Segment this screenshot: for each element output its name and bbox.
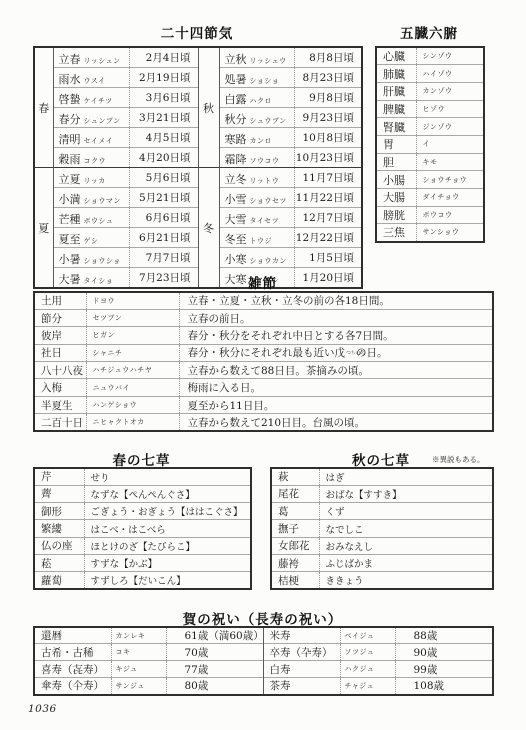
table-row: 尾花おばな【すすき】 <box>271 485 493 502</box>
term-reading: ショウセツ <box>250 197 287 205</box>
kana-cell: ボウコウ <box>416 206 484 224</box>
gterm-cell: 傘寿（仐寿） <box>34 678 111 695</box>
season-cell: 春 <box>34 47 53 168</box>
term-kanji: 立冬 <box>225 173 247 186</box>
gage-cell: 108歳 <box>395 678 493 695</box>
term-reading: セイメイ <box>84 137 114 145</box>
kana-cell: ショウチョウ <box>416 171 484 189</box>
term-reading: ショウマン <box>84 197 121 205</box>
table-row: 腎臓ジンゾウ <box>376 118 484 136</box>
date-cell: 5月6日頃 <box>129 168 198 188</box>
term-kanji: 霜降 <box>225 153 247 166</box>
term-reading: トウジ <box>250 237 273 245</box>
gage-cell: 88歳 <box>395 627 493 644</box>
zassetsu-table-frame: 土用ドヨウ立春・立夏・立秋・立冬の前の各18日間。節分セツブン立春の前日。彼岸ヒ… <box>33 291 492 432</box>
gterm-cell: 喜寿（㐂寿） <box>34 661 111 678</box>
term-reading: ショウショ <box>84 257 121 265</box>
term-cell: 寒路カンロ <box>219 128 294 148</box>
term-kanji: 秋分 <box>225 113 247 126</box>
date-cell: 6月6日頃 <box>129 208 198 228</box>
table-row: 彼岸ヒガン春分・秋分をそれぞれ中日とする各7日間。 <box>34 327 493 344</box>
term-reading: ウスイ <box>84 77 106 85</box>
aki-nanakusa-table: 萩はぎ尾花おばな【すすき】葛くず撫子なでしこ女郎花おみなえし藤袴ふじばかま桔梗き… <box>270 467 494 590</box>
hterm-cell: 御形 <box>34 503 84 520</box>
table-row: 大腸ダイチョウ <box>376 189 484 207</box>
zterm-cell: 二百十日 <box>34 414 86 431</box>
kana-cell: ダイチョウ <box>416 189 484 207</box>
term-kanji: 清明 <box>59 133 81 146</box>
sekki-table: 春立春リッシュン2月4日頃秋立秋リッシュウ8月8日頃雨水ウスイ2月19日頃処暑シ… <box>33 46 363 289</box>
hread-cell: おみなえし <box>319 537 493 554</box>
season-cell: 冬 <box>198 168 219 289</box>
table-row: 社日シャニチ春分・秋分にそれぞれ最も近い戊つちのえの日。 <box>34 344 493 361</box>
table-row: 夏立夏リッカ5月6日頃冬立冬リットウ11月7日頃 <box>34 168 362 188</box>
organ-cell: 脾臓 <box>376 100 416 118</box>
zkana-cell: シャニチ <box>86 344 179 361</box>
table-row: 薺なずな【ぺんぺんぐさ】 <box>34 485 251 502</box>
term-cell: 夏至ゲシ <box>53 228 129 248</box>
table-row: 萩はぎ <box>271 468 493 485</box>
organ-cell: 心臓 <box>376 47 416 65</box>
term-cell: 冬至トウジ <box>219 228 294 248</box>
term-reading: カンロ <box>250 137 273 145</box>
date-cell: 9月23日頃 <box>294 108 362 128</box>
gterm-cell: 還暦 <box>34 627 111 644</box>
term-cell: 春分シュンブン <box>53 108 129 128</box>
table-row: 膀胱ボウコウ <box>376 206 484 224</box>
organ-cell: 小腸 <box>376 171 416 189</box>
term-kanji: 冬至 <box>225 233 247 246</box>
gkana-cell: ソツジュ <box>340 644 395 661</box>
term-cell: 小暑ショウショ <box>53 248 129 268</box>
season-cell: 秋 <box>198 47 219 168</box>
term-reading: シュンブン <box>84 117 121 125</box>
kana-cell: ヒゾウ <box>416 100 484 118</box>
term-kanji: 春分 <box>59 113 81 126</box>
date-cell: 11月7日頃 <box>294 168 362 188</box>
ga-no-iwai-table: 還暦カンレキ61歳（満60歳）米寿ベイジュ88歳古希・古稀コキ70歳卒寿（卆寿）… <box>33 626 494 696</box>
term-kanji: 小雪 <box>225 193 247 206</box>
term-cell: 清明セイメイ <box>53 128 129 148</box>
hterm-cell: 女郎花 <box>271 537 319 554</box>
term-cell: 啓蟄ケイチツ <box>53 88 129 108</box>
season-cell: 夏 <box>34 168 53 289</box>
kana-cell: イ <box>416 135 484 153</box>
term-kanji: 小満 <box>59 193 81 206</box>
table-row: 仏の座ほとけのざ【たびらこ】 <box>34 537 251 554</box>
ga-no-iwai-title: 賀の祝い（長寿の祝い） <box>33 608 492 628</box>
kana-cell: キモ <box>416 153 484 171</box>
hterm-cell: 芹 <box>34 468 84 485</box>
gkana-cell: チャジュ <box>340 678 395 695</box>
organ-cell: 胃 <box>376 135 416 153</box>
table-row: 節分セツブン立春の前日。 <box>34 309 493 326</box>
hread-cell: ほとけのざ【たびらこ】 <box>84 537 251 554</box>
date-cell: 8月8日頃 <box>294 47 362 68</box>
gkana-cell: ハクジュ <box>340 661 395 678</box>
table-row: 半夏生ハンゲショウ夏至から11日目。 <box>34 396 493 413</box>
table-row: 葛くず <box>271 503 493 520</box>
term-cell: 立秋リッシュウ <box>219 47 294 68</box>
date-cell: 2月4日頃 <box>129 47 198 68</box>
hread-cell: ききょう <box>319 572 493 589</box>
zdesc-cell: 立春から数えて210日目。台風の頃。 <box>179 414 493 431</box>
term-reading: リッカ <box>84 177 106 185</box>
kana-cell: ハイゾウ <box>416 65 484 83</box>
page-number: 1036 <box>28 703 57 715</box>
zkana-cell: ドヨウ <box>86 292 179 309</box>
table-row: 土用ドヨウ立春・立夏・立秋・立冬の前の各18日間。 <box>34 292 493 309</box>
gozo-table-frame: 心臓シンゾウ肺臓ハイゾウ肝臓カンゾウ脾臓ヒゾウ腎臓ジンゾウ胃イ胆キモ小腸ショウチ… <box>375 46 483 243</box>
zdesc-cell: 立春から数えて88日目。茶摘みの頃。 <box>179 362 493 379</box>
furigana: つちのえ <box>346 351 356 357</box>
hread-cell: おばな【すすき】 <box>319 485 493 502</box>
hterm-cell: 薺 <box>34 485 84 502</box>
hread-cell: せり <box>84 468 251 485</box>
zdesc-cell: 梅雨に入る日。 <box>179 379 493 396</box>
gage-cell: 70歳 <box>166 644 263 661</box>
table-row: 春立春リッシュン2月4日頃秋立秋リッシュウ8月8日頃 <box>34 47 362 68</box>
gage-cell: 77歳 <box>166 661 263 678</box>
zdesc-cell: 春分・秋分にそれぞれ最も近い戊つちのえの日。 <box>179 344 493 361</box>
gage-cell: 61歳（満60歳） <box>166 627 263 644</box>
hterm-cell: 葛 <box>271 503 319 520</box>
term-kanji: 立春 <box>59 53 81 66</box>
organ-cell: 肝臓 <box>376 82 416 100</box>
table-row: 還暦カンレキ61歳（満60歳）米寿ベイジュ88歳 <box>34 627 493 644</box>
term-cell: 立冬リットウ <box>219 168 294 188</box>
table-row: 桔梗ききょう <box>271 572 493 589</box>
date-cell: 3月6日頃 <box>129 88 198 108</box>
hread-cell: くず <box>319 503 493 520</box>
table-row: 菘すずな【かぶ】 <box>34 554 251 571</box>
term-reading: ソウコウ <box>250 157 280 165</box>
term-kanji: 夏至 <box>59 233 81 246</box>
term-reading: ショショ <box>250 77 280 85</box>
date-cell: 2月19日頃 <box>129 68 198 88</box>
aki-nanakusa-table-frame: 萩はぎ尾花おばな【すすき】葛くず撫子なでしこ女郎花おみなえし藤袴ふじばかま桔梗き… <box>270 467 492 590</box>
hterm-cell: 桔梗 <box>271 572 319 589</box>
term-kanji: 寒路 <box>225 133 247 146</box>
zterm-cell: 入梅 <box>34 379 86 396</box>
table-row: 八十八夜ハチジュウハチヤ立春から数えて88日目。茶摘みの頃。 <box>34 362 493 379</box>
term-cell: 白露ハクロ <box>219 88 294 108</box>
table-row: 肺臓ハイゾウ <box>376 65 484 83</box>
date-cell: 11月22日頃 <box>294 188 362 208</box>
haru-nanakusa-table-frame: 芹せり薺なずな【ぺんぺんぐさ】御形ごぎょう・おぎょう【ははこぐさ】繁縷はこべ・は… <box>33 467 250 590</box>
organ-cell: 三焦 <box>376 224 416 242</box>
term-kanji: 小暑 <box>59 253 81 266</box>
term-cell: 秋分シュウブン <box>219 108 294 128</box>
term-kanji: 立夏 <box>59 173 81 186</box>
table-row: 蘿蔔すずしろ【だいこん】 <box>34 572 251 589</box>
term-reading: ハクロ <box>250 97 273 105</box>
zdesc-cell: 夏至から11日目。 <box>179 396 493 413</box>
date-cell: 8月23日頃 <box>294 68 362 88</box>
date-cell: 1月5日頃 <box>294 248 362 268</box>
gage-cell: 99歳 <box>395 661 493 678</box>
hread-cell: はぎ <box>319 468 493 485</box>
organ-cell: 腎臓 <box>376 118 416 136</box>
gterm-cell: 古希・古稀 <box>34 644 111 661</box>
table-row: 傘寿（仐寿）サンジュ80歳茶寿チャジュ108歳 <box>34 678 493 695</box>
hterm-cell: 仏の座 <box>34 537 84 554</box>
zterm-cell: 土用 <box>34 292 86 309</box>
gkana-cell: カンレキ <box>111 627 166 644</box>
haru-nanakusa-title: 春の七草 <box>33 449 250 469</box>
zkana-cell: ヒガン <box>86 327 179 344</box>
term-cell: 小満ショウマン <box>53 188 129 208</box>
hterm-cell: 萩 <box>271 468 319 485</box>
gage-cell: 90歳 <box>395 644 493 661</box>
zkana-cell: ニュウバイ <box>86 379 179 396</box>
term-kanji: 芒種 <box>59 213 81 226</box>
term-kanji: 穀雨 <box>59 153 81 166</box>
zterm-cell: 彼岸 <box>34 327 86 344</box>
date-cell: 7月7日頃 <box>129 248 198 268</box>
gozo-table: 心臓シンゾウ肺臓ハイゾウ肝臓カンゾウ脾臓ヒゾウ腎臓ジンゾウ胃イ胆キモ小腸ショウチ… <box>375 46 485 243</box>
gage-cell: 80歳 <box>166 678 263 695</box>
table-row: 繁縷はこべ・はこべら <box>34 520 251 537</box>
term-reading: ボウシュ <box>84 217 114 225</box>
hread-cell: なずな【ぺんぺんぐさ】 <box>84 485 251 502</box>
gterm-cell: 卒寿（卆寿） <box>263 644 340 661</box>
sekki-table-frame: 春立春リッシュン2月4日頃秋立秋リッシュウ8月8日頃雨水ウスイ2月19日頃処暑シ… <box>33 46 361 289</box>
ga-no-iwai-table-frame: 還暦カンレキ61歳（満60歳）米寿ベイジュ88歳古希・古稀コキ70歳卒寿（卆寿）… <box>33 626 492 696</box>
gterm-cell: 米寿 <box>263 627 340 644</box>
zdesc-cell: 立春の前日。 <box>179 309 493 326</box>
date-cell: 4月20日頃 <box>129 148 198 168</box>
term-cell: 雨水ウスイ <box>53 68 129 88</box>
aki-nanakusa-note: ※異説もある。 <box>432 454 485 465</box>
hread-cell: はこべ・はこべら <box>84 520 251 537</box>
hread-cell: すずしろ【だいこん】 <box>84 572 251 589</box>
zdesc-cell: 春分・秋分をそれぞれ中日とする各7日間。 <box>179 327 493 344</box>
term-cell: 小寒ショウカン <box>219 248 294 268</box>
table-row: 御形ごぎょう・おぎょう【ははこぐさ】 <box>34 503 251 520</box>
term-cell: 処暑ショショ <box>219 68 294 88</box>
zdesc-cell: 立春・立夏・立秋・立冬の前の各18日間。 <box>179 292 493 309</box>
reference-page: 二十四節気 春立春リッシュン2月4日頃秋立秋リッシュウ8月8日頃雨水ウスイ2月1… <box>0 0 526 730</box>
hterm-cell: 尾花 <box>271 485 319 502</box>
gterm-cell: 茶寿 <box>263 678 340 695</box>
date-cell: 3月21日頃 <box>129 108 198 128</box>
term-cell: 小雪ショウセツ <box>219 188 294 208</box>
term-cell: 穀雨コクウ <box>53 148 129 168</box>
date-cell: 9月8日頃 <box>294 88 362 108</box>
term-reading: リットウ <box>250 177 280 185</box>
term-kanji: 処暑 <box>225 73 247 86</box>
table-row: 撫子なでしこ <box>271 520 493 537</box>
term-kanji: 白露 <box>225 93 247 106</box>
term-reading: タイセツ <box>250 217 280 225</box>
table-row: 女郎花おみなえし <box>271 537 493 554</box>
organ-cell: 膀胱 <box>376 206 416 224</box>
organ-cell: 胆 <box>376 153 416 171</box>
term-cell: 芒種ボウシュ <box>53 208 129 228</box>
kana-cell: シンゾウ <box>416 47 484 65</box>
term-kanji: 立秋 <box>225 53 247 66</box>
table-row: 胆キモ <box>376 153 484 171</box>
zkana-cell: セツブン <box>86 309 179 326</box>
sekki-table-body: 春立春リッシュン2月4日頃秋立秋リッシュウ8月8日頃雨水ウスイ2月19日頃処暑シ… <box>34 47 362 288</box>
table-row: 心臓シンゾウ <box>376 47 484 65</box>
term-cell: 霜降ソウコウ <box>219 148 294 168</box>
gozo-title: 五臓六腑 <box>375 22 483 42</box>
zkana-cell: ハンゲショウ <box>86 396 179 413</box>
date-cell: 6月21日頃 <box>129 228 198 248</box>
hread-cell: なでしこ <box>319 520 493 537</box>
table-row: 肝臓カンゾウ <box>376 82 484 100</box>
sekki-title: 二十四節気 <box>33 22 361 42</box>
gterm-cell: 白寿 <box>263 661 340 678</box>
hterm-cell: 藤袴 <box>271 554 319 571</box>
term-cell: 立夏リッカ <box>53 168 129 188</box>
zterm-cell: 八十八夜 <box>34 362 86 379</box>
table-row: 脾臓ヒゾウ <box>376 100 484 118</box>
hterm-cell: 蘿蔔 <box>34 572 84 589</box>
term-kanji: 雨水 <box>59 73 81 86</box>
table-row: 喜寿（㐂寿）キジュ77歳白寿ハクジュ99歳 <box>34 661 493 678</box>
date-cell: 4月5日頃 <box>129 128 198 148</box>
zassetsu-table: 土用ドヨウ立春・立夏・立秋・立冬の前の各18日間。節分セツブン立春の前日。彼岸ヒ… <box>33 291 494 432</box>
hread-cell: ごぎょう・おぎょう【ははこぐさ】 <box>84 503 251 520</box>
gkana-cell: サンジュ <box>111 678 166 695</box>
zkana-cell: ハチジュウハチヤ <box>86 362 179 379</box>
term-cell: 大雪タイセツ <box>219 208 294 228</box>
gkana-cell: キジュ <box>111 661 166 678</box>
gkana-cell: コキ <box>111 644 166 661</box>
term-kanji: 啓蟄 <box>59 93 81 106</box>
table-row: 小腸ショウチョウ <box>376 171 484 189</box>
table-row: 芹せり <box>34 468 251 485</box>
term-reading: ケイチツ <box>84 97 113 105</box>
table-row: 二百十日ニヒャクトオカ立春から数えて210日目。台風の頃。 <box>34 414 493 431</box>
zkana-cell: ニヒャクトオカ <box>86 414 179 431</box>
organ-cell: 肺臓 <box>376 65 416 83</box>
date-cell: 12月22日頃 <box>294 228 362 248</box>
hread-cell: すずな【かぶ】 <box>84 554 251 571</box>
haru-nanakusa-table: 芹せり薺なずな【ぺんぺんぐさ】御形ごぎょう・おぎょう【ははこぐさ】繁縷はこべ・は… <box>33 467 252 590</box>
table-row: 入梅ニュウバイ梅雨に入る日。 <box>34 379 493 396</box>
table-row: 古希・古稀コキ70歳卒寿（卆寿）ソツジュ90歳 <box>34 644 493 661</box>
term-reading: シュウブン <box>250 117 287 125</box>
hterm-cell: 菘 <box>34 554 84 571</box>
term-reading: リッシュン <box>84 57 121 65</box>
term-reading: ショウカン <box>250 257 287 265</box>
hread-cell: ふじばかま <box>319 554 493 571</box>
date-cell: 10月8日頃 <box>294 128 362 148</box>
term-kanji: 小寒 <box>225 253 247 266</box>
table-row: 藤袴ふじばかま <box>271 554 493 571</box>
hterm-cell: 撫子 <box>271 520 319 537</box>
kana-cell: サンショウ <box>416 224 484 242</box>
organ-cell: 大腸 <box>376 189 416 207</box>
gkana-cell: ベイジュ <box>340 627 395 644</box>
kana-cell: ジンゾウ <box>416 118 484 136</box>
table-row: 三焦サンショウ <box>376 224 484 242</box>
zterm-cell: 節分 <box>34 309 86 326</box>
date-cell: 5月21日頃 <box>129 188 198 208</box>
date-cell: 12月7日頃 <box>294 208 362 228</box>
date-cell: 10月23日頃 <box>294 148 362 168</box>
table-row: 胃イ <box>376 135 484 153</box>
zassetsu-title: 雑節 <box>33 272 492 292</box>
hterm-cell: 繁縷 <box>34 520 84 537</box>
zterm-cell: 半夏生 <box>34 396 86 413</box>
term-kanji: 大雪 <box>225 213 247 226</box>
term-cell: 立春リッシュン <box>53 47 129 68</box>
kana-cell: カンゾウ <box>416 82 484 100</box>
term-reading: コクウ <box>84 157 107 165</box>
zterm-cell: 社日 <box>34 344 86 361</box>
term-reading: リッシュウ <box>250 57 287 65</box>
term-reading: ゲシ <box>84 237 99 245</box>
